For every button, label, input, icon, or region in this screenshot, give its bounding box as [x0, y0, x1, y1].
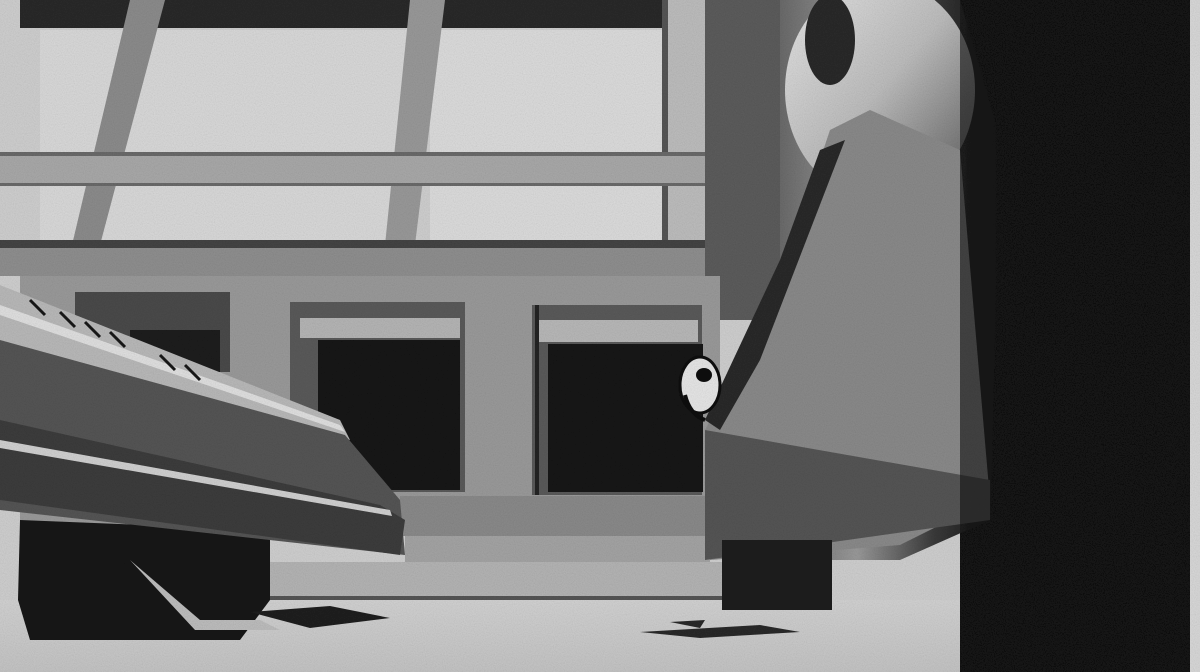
lower-window-right: [532, 305, 703, 495]
base-band: [400, 496, 710, 536]
charcoal-drawing: [0, 0, 1200, 672]
step-upper: [405, 536, 710, 564]
step-lower: [265, 562, 725, 600]
artwork-canvas: [0, 0, 1200, 672]
upper-windows: [0, 0, 800, 276]
